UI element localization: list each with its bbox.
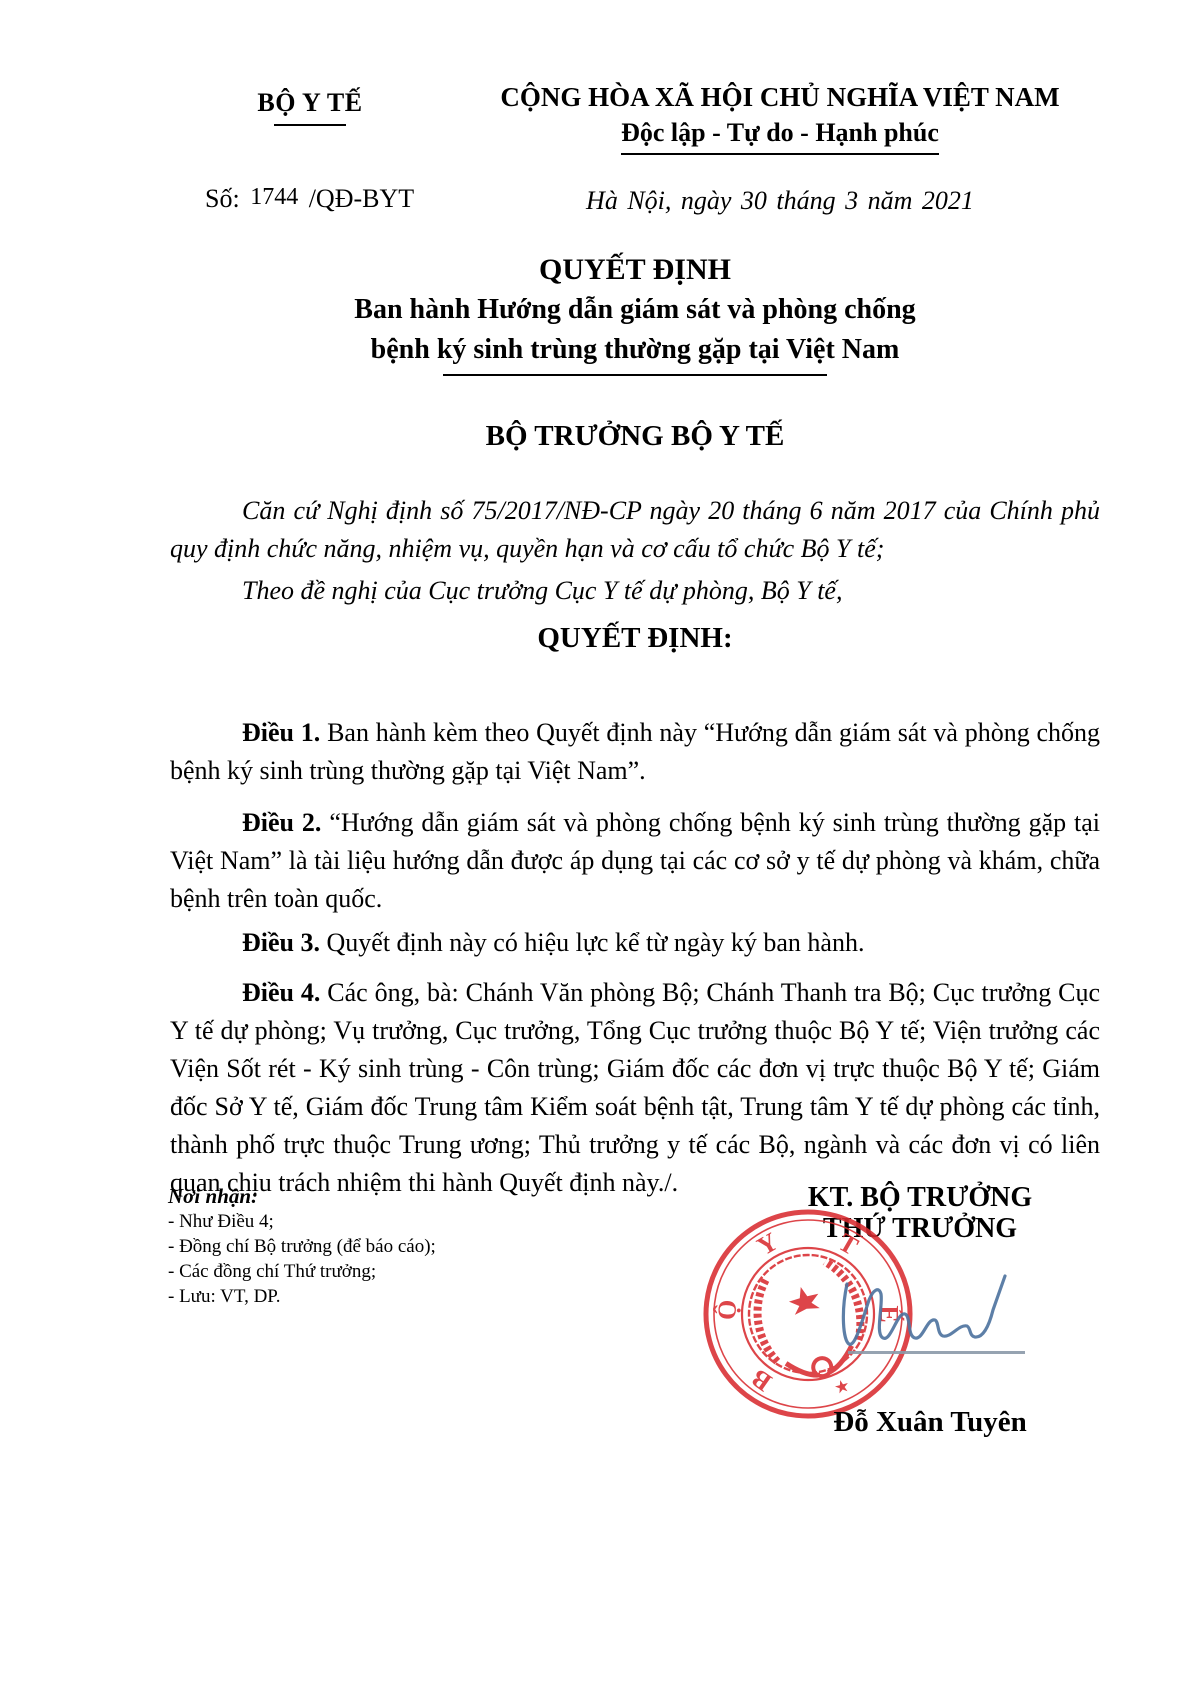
article-4-label: Điều 4.: [242, 978, 320, 1007]
recipient-item: - Như Điều 4;: [168, 1209, 598, 1234]
document-page: BỘ Y TẾ CỘNG HÒA XÃ HỘI CHỦ NGHĨA VIỆT N…: [0, 0, 1189, 1684]
national-motto-line2: Độc lập - Tự do - Hạnh phúc: [460, 118, 1100, 148]
document-title-block: QUYẾT ĐỊNH Ban hành Hướng dẫn giám sát v…: [170, 250, 1100, 376]
document-number: Số: 1744 /QĐ-BYT: [205, 184, 414, 214]
issuing-org-block: BỘ Y TẾ: [170, 88, 450, 126]
recipients-label: Nơi nhận:: [168, 1184, 598, 1209]
article-2-label: Điều 2.: [242, 808, 321, 837]
org-name: BỘ Y TẾ: [170, 88, 450, 118]
national-header-block: CỘNG HÒA XÃ HỘI CHỦ NGHĨA VIỆT NAM Độc l…: [460, 82, 1100, 155]
article-4-text: Các ông, bà: Chánh Văn phòng Bộ; Chánh T…: [170, 978, 1100, 1197]
article-4: Điều 4. Các ông, bà: Chánh Văn phòng Bộ;…: [170, 974, 1100, 1202]
authority-heading: BỘ TRƯỞNG BỘ Y TẾ: [170, 420, 1100, 453]
recipient-item: - Đồng chí Bộ trưởng (để báo cáo);: [168, 1234, 598, 1259]
seal-letter: Ộ: [712, 1299, 742, 1321]
article-3-text: Quyết định này có hiệu lực kể từ ngày ký…: [327, 928, 865, 957]
signer-name: Đỗ Xuân Tuyên: [765, 1406, 1095, 1439]
recipient-item: - Lưu: VT, DP.: [168, 1284, 598, 1309]
title-subject-line1: Ban hành Hướng dẫn giám sát và phòng chố…: [170, 290, 1100, 330]
national-motto-line1: CỘNG HÒA XÃ HỘI CHỦ NGHĨA VIỆT NAM: [460, 82, 1100, 113]
article-1: Điều 1. Ban hành kèm theo Quyết định này…: [170, 714, 1100, 790]
article-3: Điều 3. Quyết định này có hiệu lực kể từ…: [170, 924, 1100, 962]
preamble-paragraph-1: Căn cứ Nghị định số 75/2017/NĐ-CP ngày 2…: [170, 492, 1100, 568]
place-date-line: Hà Nội, ngày 30 tháng 3 năm 2021: [460, 186, 1100, 216]
motto-underline: [621, 153, 939, 155]
number-suffix: /QĐ-BYT: [309, 184, 414, 213]
org-underline: [274, 124, 346, 126]
recipients-block: Nơi nhận: - Như Điều 4; - Đồng chí Bộ tr…: [168, 1184, 598, 1309]
handwritten-signature: [833, 1260, 1009, 1358]
article-1-label: Điều 1.: [242, 718, 320, 747]
decision-heading: QUYẾT ĐỊNH:: [170, 622, 1100, 655]
number-label: Số:: [205, 184, 240, 213]
title-kind: QUYẾT ĐỊNH: [170, 250, 1100, 290]
article-3-label: Điều 3.: [242, 928, 320, 957]
title-subject-line2: bệnh ký sinh trùng thường gặp tại Việt N…: [170, 330, 1100, 370]
emblem-star: [786, 1283, 822, 1315]
number-value: 1744: [246, 184, 302, 210]
seal-star-icon: ★: [834, 1378, 852, 1397]
title-underline: [443, 374, 827, 376]
recipient-item: - Các đồng chí Thứ trưởng;: [168, 1259, 598, 1284]
article-2: Điều 2. “Hướng dẫn giám sát và phòng chố…: [170, 804, 1100, 918]
preamble-paragraph-2: Theo đề nghị của Cục trưởng Cục Y tế dự …: [170, 572, 1100, 610]
